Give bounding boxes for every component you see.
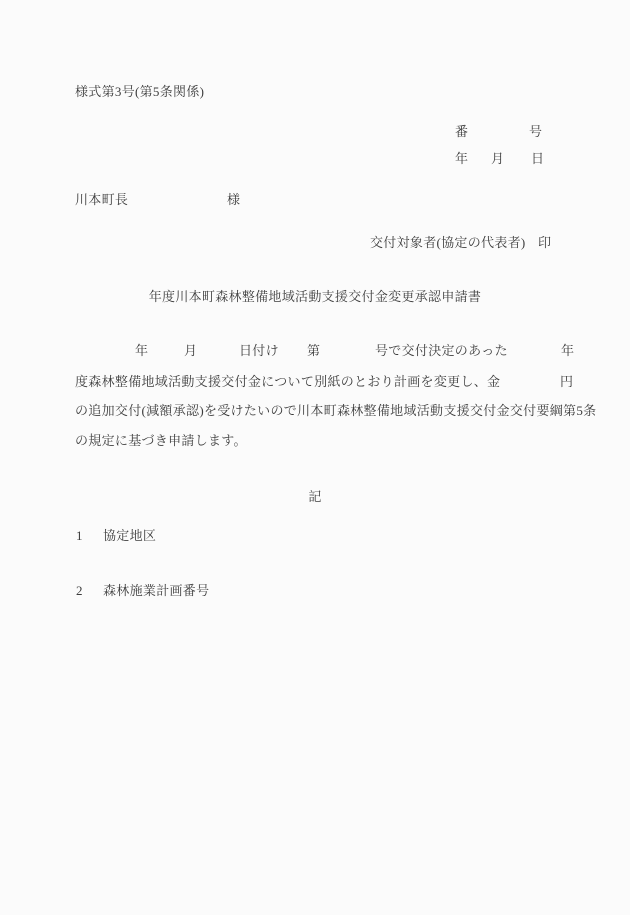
item-1-label: 協定地区 <box>103 528 156 544</box>
addressee-name: 川本町長 <box>75 192 128 208</box>
body-line1-dai: 第 <box>307 343 320 359</box>
body-line1-year: 年 <box>135 343 148 359</box>
addressee-honorific: 様 <box>227 192 240 208</box>
document-page: 様式第3号(第5条関係) 番 号 年 月 日 川本町長 様 交付対象者(協定の代… <box>0 0 630 915</box>
body-line1-year2: 年 <box>561 343 574 359</box>
seal-label: 印 <box>538 235 551 251</box>
body-line4-text: の規定に基づき申請します。 <box>75 433 247 449</box>
item-1-number: 1 <box>76 528 83 544</box>
applicant-label: 交付対象者(協定の代表者) <box>370 235 526 251</box>
date-month-label: 月 <box>491 151 504 167</box>
body-line1-month: 月 <box>184 343 197 359</box>
date-day-label: 日 <box>531 151 544 167</box>
record-marker: 記 <box>0 489 630 505</box>
doc-number-go: 号 <box>529 124 542 140</box>
body-line3-text: の追加交付(減額承認)を受けたいので川本町森林整備地域活動支援交付金交付要綱第5… <box>75 403 596 419</box>
body-line1-dated: 日付け <box>239 343 279 359</box>
date-year-label: 年 <box>455 151 468 167</box>
document-title: 年度川本町森林整備地域活動支援交付金変更承認申請書 <box>0 289 630 305</box>
form-number: 様式第3号(第5条関係) <box>75 84 204 100</box>
doc-number-ban: 番 <box>455 124 468 140</box>
item-2-number: 2 <box>76 583 83 599</box>
body-line2-yen: 円 <box>560 374 573 390</box>
item-2-label: 森林施業計画番号 <box>103 583 209 599</box>
body-line2-text: 度森林整備地域活動支援交付金について別紙のとおり計画を変更し、金 <box>75 374 500 390</box>
body-line1-decision: 号で交付決定のあった <box>375 343 508 359</box>
